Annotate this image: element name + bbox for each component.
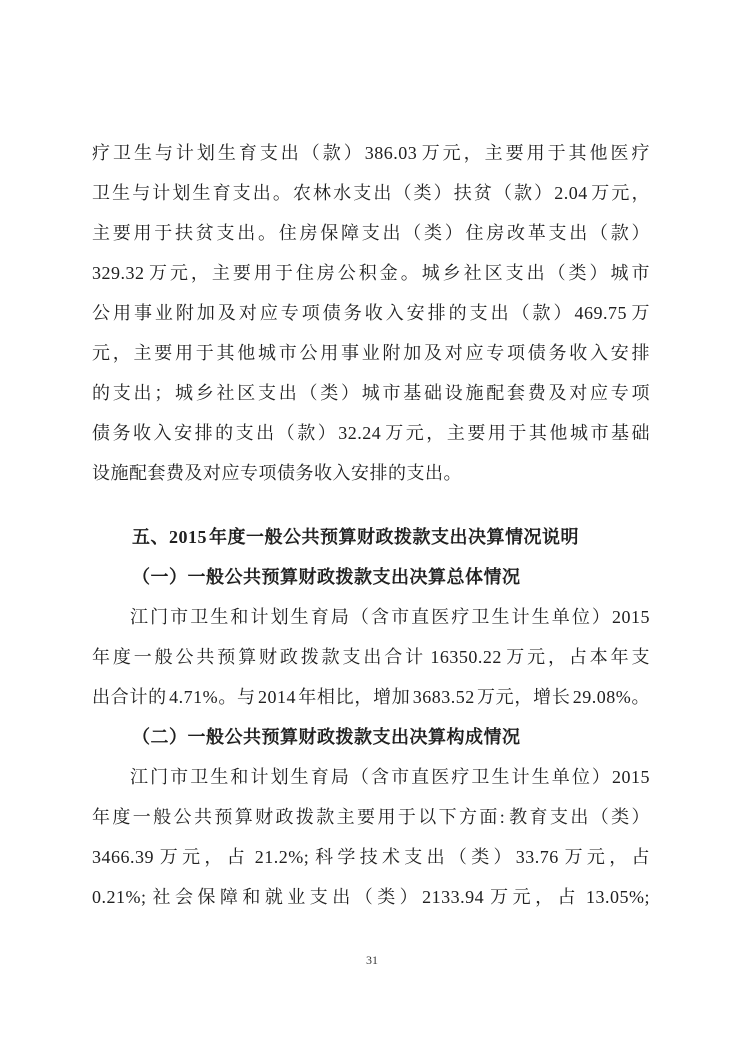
section-5-heading: 五、2015 年度一般公共预算财政拨款支出决算情况说明 bbox=[92, 517, 650, 557]
paragraph-line: 年度一般公共预算财政拨款支出合计 16350.22 万元，占本年支 bbox=[92, 637, 650, 677]
section-5-2-heading: （二）一般公共预算财政拨款支出决算构成情况 bbox=[92, 717, 650, 757]
continuation-paragraph: 疗卫生与计划生育支出（款）386.03 万元，主要用于其他医疗 卫生与计划生育支… bbox=[92, 133, 650, 493]
paragraph-line: 卫生与计划生育支出。农林水支出（类）扶贫（款）2.04 万元， bbox=[92, 173, 650, 213]
paragraph-line: 出合计的 4.71%。与 2014 年相比，增加 3683.52 万元，增长 2… bbox=[92, 677, 650, 717]
page-number: 31 bbox=[0, 950, 744, 970]
paragraph-line: 的支出；城乡社区支出（类）城市基础设施配套费及对应专项 bbox=[92, 373, 650, 413]
paragraph-line: 公用事业附加及对应专项债务收入安排的支出（款）469.75 万 bbox=[92, 293, 650, 333]
paragraph-line: 疗卫生与计划生育支出（款）386.03 万元，主要用于其他医疗 bbox=[92, 133, 650, 173]
document-page: 疗卫生与计划生育支出（款）386.03 万元，主要用于其他医疗 卫生与计划生育支… bbox=[0, 0, 744, 1052]
section-5-2-paragraph: 江门市卫生和计划生育局（含市直医疗卫生计生单位）2015 年度一般公共预算财政拨… bbox=[92, 757, 650, 917]
paragraph-line: 江门市卫生和计划生育局（含市直医疗卫生计生单位）2015 bbox=[92, 597, 650, 637]
paragraph-line: 0.21%; 社会保障和就业支出（类）2133.94 万元，占 13.05%; bbox=[92, 877, 650, 917]
paragraph-line: 江门市卫生和计划生育局（含市直医疗卫生计生单位）2015 bbox=[92, 757, 650, 797]
paragraph-line: 元，主要用于其他城市公用事业附加及对应专项债务收入安排 bbox=[92, 333, 650, 373]
paragraph-line: 3466.39 万元，占 21.2%; 科学技术支出（类）33.76 万元，占 bbox=[92, 837, 650, 877]
page-body: 疗卫生与计划生育支出（款）386.03 万元，主要用于其他医疗 卫生与计划生育支… bbox=[92, 133, 650, 917]
section-5-1-paragraph: 江门市卫生和计划生育局（含市直医疗卫生计生单位）2015 年度一般公共预算财政拨… bbox=[92, 597, 650, 717]
paragraph-line: 主要用于扶贫支出。住房保障支出（类）住房改革支出（款） bbox=[92, 213, 650, 253]
section-5-1-heading: （一）一般公共预算财政拨款支出决算总体情况 bbox=[92, 557, 650, 597]
paragraph-line: 329.32 万元，主要用于住房公积金。城乡社区支出（类）城市 bbox=[92, 253, 650, 293]
paragraph-line: 债务收入安排的支出（款）32.24 万元，主要用于其他城市基础 bbox=[92, 413, 650, 453]
paragraph-line: 年度一般公共预算财政拨款主要用于以下方面: 教育支出（类） bbox=[92, 797, 650, 837]
paragraph-line: 设施配套费及对应专项债务收入安排的支出。 bbox=[92, 453, 650, 493]
